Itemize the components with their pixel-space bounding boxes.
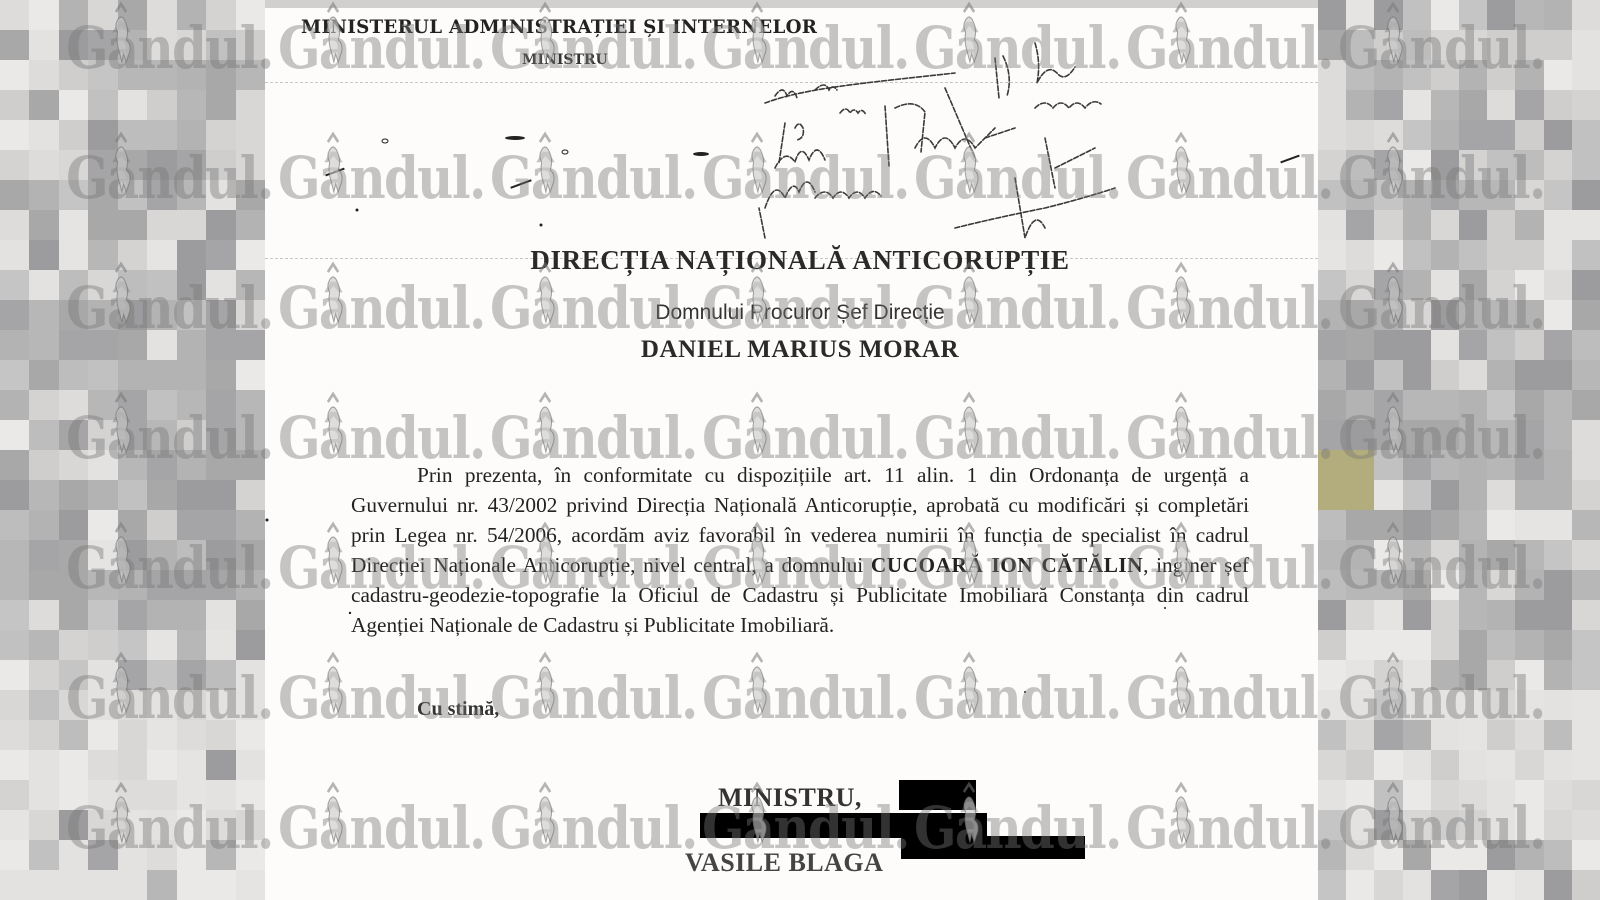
mosaic-tile [1515,660,1543,690]
mosaic-tile [1374,810,1402,840]
mosaic-tile [0,870,29,900]
mosaic-tile [1572,660,1600,690]
mosaic-tile [147,120,176,150]
mosaic-tile [1374,30,1402,60]
mosaic-tile [1515,180,1543,210]
mosaic-tile [1431,690,1459,720]
mosaic-tile [0,210,29,240]
mosaic-tile [1318,870,1346,900]
mosaic-tile [147,60,176,90]
mosaic-tile [206,540,235,570]
mosaic-tile [1431,480,1459,510]
ministry-header: MINISTERUL ADMINISTRAȚIEI ȘI INTERNELOR [301,16,817,38]
mosaic-tile [177,600,206,630]
mosaic-tile [147,780,176,810]
mosaic-tile [1346,660,1374,690]
mosaic-tile [59,150,88,180]
mosaic-tile [1346,600,1374,630]
mosaic-tile [1572,690,1600,720]
mosaic-tile [206,30,235,60]
mosaic-tile [1515,30,1543,60]
mosaic-tile [118,660,147,690]
mosaic-tile [118,240,147,270]
mosaic-tile [1403,0,1431,30]
mosaic-tile [1374,480,1402,510]
mosaic-tile [147,810,176,840]
mosaic-tile [1318,720,1346,750]
letter-body: Prin prezenta, în conformitate cu dispoz… [351,460,1249,640]
mosaic-tile [1403,570,1431,600]
mosaic-tile [1431,210,1459,240]
pixelated-background-right [1318,0,1600,900]
mosaic-tile [1515,90,1543,120]
mosaic-tile [236,180,265,210]
mosaic-tile [147,270,176,300]
mosaic-tile [206,60,235,90]
mosaic-tile [59,270,88,300]
recipient-name: DANIEL MARIUS MORAR [265,336,1318,364]
mosaic-tile [1515,870,1543,900]
mosaic-tile [177,840,206,870]
closing-salutation: Cu stimă, [417,698,499,721]
mosaic-tile [1403,30,1431,60]
mosaic-tile [1544,180,1572,210]
mosaic-tile [1459,330,1487,360]
mosaic-tile [236,120,265,150]
ministry-subheader: MINISTRU [522,52,608,68]
mosaic-tile [0,750,29,780]
mosaic-tile [1374,540,1402,570]
mosaic-tile [0,0,29,30]
mosaic-tile [1459,600,1487,630]
mosaic-tile [1572,870,1600,900]
mosaic-tile [1515,600,1543,630]
mosaic-tile [1318,570,1346,600]
mosaic-tile [177,300,206,330]
mosaic-tile [1431,660,1459,690]
mosaic-tile [29,60,58,90]
mosaic-tile [206,690,235,720]
mosaic-tile [236,690,265,720]
mosaic-tile [206,510,235,540]
mosaic-tile [206,360,235,390]
mosaic-tile [147,570,176,600]
mosaic-tile [1318,150,1346,180]
mosaic-tile [236,150,265,180]
mosaic-tile [1487,810,1515,840]
mosaic-tile [1403,60,1431,90]
mosaic-tile [206,600,235,630]
mosaic-tile [1318,180,1346,210]
mosaic-tile [1572,0,1600,30]
mosaic-tile [0,690,29,720]
mosaic-tile [1346,300,1374,330]
mosaic-tile [1459,360,1487,390]
mosaic-tile [29,360,58,390]
mosaic-tile [1459,180,1487,210]
mosaic-tile [1487,300,1515,330]
mosaic-tile [1487,660,1515,690]
mosaic-tile [177,120,206,150]
mosaic-tile [0,780,29,810]
mosaic-tile [1403,120,1431,150]
mosaic-tile [1487,60,1515,90]
mosaic-tile [59,450,88,480]
mosaic-tile [29,270,58,300]
mosaic-tile [1544,60,1572,90]
mosaic-tile [118,90,147,120]
mosaic-tile [1572,150,1600,180]
mosaic-tile [1431,180,1459,210]
mosaic-tile [1431,750,1459,780]
mosaic-tile [1403,840,1431,870]
mosaic-tile [1431,360,1459,390]
mosaic-tile [1572,300,1600,330]
mosaic-tile [1403,210,1431,240]
mosaic-tile [147,210,176,240]
mosaic-tile [29,420,58,450]
mosaic-tile [118,300,147,330]
mosaic-tile [1318,540,1346,570]
mosaic-tile [206,390,235,420]
mosaic-tile [59,630,88,660]
mosaic-tile [1318,300,1346,330]
mosaic-tile [177,330,206,360]
mosaic-tile [29,210,58,240]
mosaic-tile [1487,690,1515,720]
mosaic-tile [118,390,147,420]
mosaic-tile [1459,390,1487,420]
mosaic-tile [88,540,117,570]
mosaic-tile [1374,630,1402,660]
mosaic-tile [236,360,265,390]
mosaic-tile [236,780,265,810]
mosaic-tile [1318,810,1346,840]
mosaic-tile [1544,300,1572,330]
mosaic-tile [177,270,206,300]
mosaic-tile [1572,630,1600,660]
mosaic-tile [0,30,29,60]
mosaic-tile [1318,750,1346,780]
mosaic-tile [1431,810,1459,840]
mosaic-tile [1515,480,1543,510]
mosaic-tile [1544,600,1572,630]
mosaic-tile [1459,60,1487,90]
mosaic-tile [59,60,88,90]
handwritten-annotation [745,28,1318,258]
mosaic-tile [1487,30,1515,60]
mosaic-tile [1515,210,1543,240]
mosaic-tile [1374,510,1402,540]
mosaic-tile [0,330,29,360]
mosaic-tile [1572,240,1600,270]
mosaic-tile [1431,870,1459,900]
mosaic-tile [1403,660,1431,690]
mosaic-tile [236,720,265,750]
mosaic-tile [1346,690,1374,720]
recipient-institution: DIRECȚIA NAȚIONALĂ ANTICORUPȚIE [265,245,1318,276]
mosaic-tile [206,270,235,300]
mosaic-tile [1318,780,1346,810]
mosaic-tile [59,360,88,390]
mosaic-tile [29,840,58,870]
mosaic-tile [88,840,117,870]
mosaic-tile [177,0,206,30]
mosaic-tile [1459,480,1487,510]
mosaic-tile [1431,510,1459,540]
mosaic-tile [1572,510,1600,540]
mosaic-tile [147,630,176,660]
mosaic-tile [1431,600,1459,630]
mosaic-tile [59,660,88,690]
mosaic-tile [88,60,117,90]
mosaic-tile [236,660,265,690]
mosaic-tile [1572,450,1600,480]
mosaic-tile [1318,450,1346,480]
mosaic-tile [177,240,206,270]
mosaic-tile [1544,570,1572,600]
mosaic-tile [1318,480,1346,510]
mosaic-tile [1572,600,1600,630]
mosaic-tile [147,600,176,630]
mosaic-tile [1374,120,1402,150]
mosaic-tile [118,840,147,870]
mosaic-tile [1515,150,1543,180]
mosaic-tile [88,480,117,510]
mosaic-tile [177,150,206,180]
mosaic-tile [1572,60,1600,90]
mosaic-tile [1318,30,1346,60]
mosaic-tile [1487,630,1515,660]
mosaic-tile [0,840,29,870]
mosaic-tile [1487,180,1515,210]
mosaic-tile [177,480,206,510]
redaction-bar [700,813,987,838]
mosaic-tile [1431,720,1459,750]
mosaic-tile [1318,0,1346,30]
mosaic-tile [177,360,206,390]
mosaic-tile [206,630,235,660]
mosaic-tile [177,870,206,900]
mosaic-tile [1346,510,1374,540]
mosaic-tile [1431,330,1459,360]
mosaic-tile [1403,870,1431,900]
mosaic-tile [1544,810,1572,840]
mosaic-tile [1346,540,1374,570]
mosaic-tile [1572,540,1600,570]
mosaic-tile [88,150,117,180]
mosaic-tile [1403,480,1431,510]
mosaic-tile [1346,240,1374,270]
mosaic-tile [1374,750,1402,780]
mosaic-tile [1544,390,1572,420]
mosaic-tile [1544,330,1572,360]
mosaic-tile [88,570,117,600]
mosaic-tile [177,390,206,420]
mosaic-tile [177,630,206,660]
mosaic-tile [118,480,147,510]
mosaic-tile [206,660,235,690]
mosaic-tile [1459,420,1487,450]
mosaic-tile [88,270,117,300]
mosaic-tile [1431,0,1459,30]
mosaic-tile [206,480,235,510]
mosaic-tile [1544,720,1572,750]
mosaic-tile [1572,210,1600,240]
mosaic-tile [206,0,235,30]
mosaic-tile [1431,540,1459,570]
mosaic-tile [177,780,206,810]
mosaic-tile [118,600,147,630]
mosaic-tile [1572,810,1600,840]
mosaic-tile [59,570,88,600]
mosaic-tile [1403,390,1431,420]
mosaic-tile [1318,600,1346,630]
mosaic-tile [1515,810,1543,840]
mosaic-tile [1318,360,1346,390]
mosaic-tile [147,90,176,120]
mosaic-tile [118,690,147,720]
mosaic-tile [1374,210,1402,240]
mosaic-tile [1403,780,1431,810]
mosaic-tile [1374,870,1402,900]
mosaic-tile [29,0,58,30]
mosaic-tile [1572,270,1600,300]
mosaic-tile [29,450,58,480]
pixelated-background-left [0,0,265,900]
mosaic-tile [236,810,265,840]
mosaic-tile [147,690,176,720]
mosaic-tile [118,630,147,660]
mosaic-tile [1572,30,1600,60]
mosaic-tile [0,810,29,840]
mosaic-tile [1572,90,1600,120]
mosaic-tile [236,90,265,120]
mosaic-tile [1572,780,1600,810]
mosaic-tile [1487,90,1515,120]
mosaic-tile [206,150,235,180]
mosaic-tile [1544,210,1572,240]
mosaic-tile [0,510,29,540]
mosaic-tile [1431,90,1459,120]
mosaic-tile [147,540,176,570]
mosaic-tile [1487,240,1515,270]
mosaic-tile [1346,270,1374,300]
mosaic-tile [1544,270,1572,300]
mosaic-tile [1346,360,1374,390]
mosaic-tile [1431,780,1459,810]
mosaic-tile [1515,300,1543,330]
mosaic-tile [1346,90,1374,120]
mosaic-tile [177,810,206,840]
mosaic-tile [1374,0,1402,30]
mosaic-tile [118,810,147,840]
mosaic-tile [1403,750,1431,780]
mosaic-tile [1346,420,1374,450]
mosaic-tile [177,660,206,690]
mosaic-tile [88,510,117,540]
mosaic-tile [118,150,147,180]
mosaic-tile [236,30,265,60]
mosaic-tile [0,60,29,90]
mosaic-tile [177,420,206,450]
mosaic-tile [1346,480,1374,510]
mosaic-tile [1487,480,1515,510]
mosaic-tile [1374,720,1402,750]
mosaic-tile [1487,600,1515,630]
mosaic-tile [1403,690,1431,720]
mosaic-tile [88,330,117,360]
mosaic-tile [1318,420,1346,450]
mosaic-tile [1374,390,1402,420]
mosaic-tile [1544,870,1572,900]
mosaic-tile [1459,630,1487,660]
mosaic-tile [236,750,265,780]
mosaic-tile [0,660,29,690]
mosaic-tile [118,360,147,390]
signatory-name: VASILE BLAGA [685,848,883,878]
mosaic-tile [1572,420,1600,450]
mosaic-tile [1346,60,1374,90]
mosaic-tile [147,480,176,510]
mosaic-tile [1431,300,1459,330]
mosaic-tile [206,180,235,210]
mosaic-tile [1431,60,1459,90]
mosaic-tile [177,570,206,600]
mosaic-tile [1374,660,1402,690]
recipient-title: Domnului Procuror Șef Direcție [265,301,1318,325]
mosaic-tile [118,720,147,750]
mosaic-tile [29,120,58,150]
mosaic-tile [1515,510,1543,540]
mosaic-tile [1346,180,1374,210]
mosaic-tile [206,210,235,240]
mosaic-tile [59,720,88,750]
mosaic-tile [177,210,206,240]
mosaic-tile [1431,630,1459,660]
mosaic-tile [236,60,265,90]
mosaic-tile [29,480,58,510]
mosaic-tile [118,330,147,360]
mosaic-tile [29,630,58,660]
mosaic-tile [1403,90,1431,120]
mosaic-tile [1572,360,1600,390]
mosaic-tile [206,780,235,810]
mosaic-tile [236,420,265,450]
mosaic-tile [1403,810,1431,840]
mosaic-tile [59,30,88,60]
mosaic-tile [206,750,235,780]
mosaic-tile [1403,300,1431,330]
mosaic-tile [236,870,265,900]
mosaic-tile [1544,840,1572,870]
mosaic-tile [1431,840,1459,870]
mosaic-tile [59,180,88,210]
mosaic-tile [88,690,117,720]
mosaic-tile [1346,450,1374,480]
mosaic-tile [1403,270,1431,300]
mosaic-tile [1515,360,1543,390]
mosaic-tile [59,540,88,570]
mosaic-tile [1459,870,1487,900]
mosaic-tile [1515,750,1543,780]
mosaic-tile [1403,330,1431,360]
mosaic-tile [1515,540,1543,570]
mosaic-tile [1374,90,1402,120]
mosaic-tile [1374,330,1402,360]
mosaic-tile [147,240,176,270]
mosaic-tile [1346,330,1374,360]
